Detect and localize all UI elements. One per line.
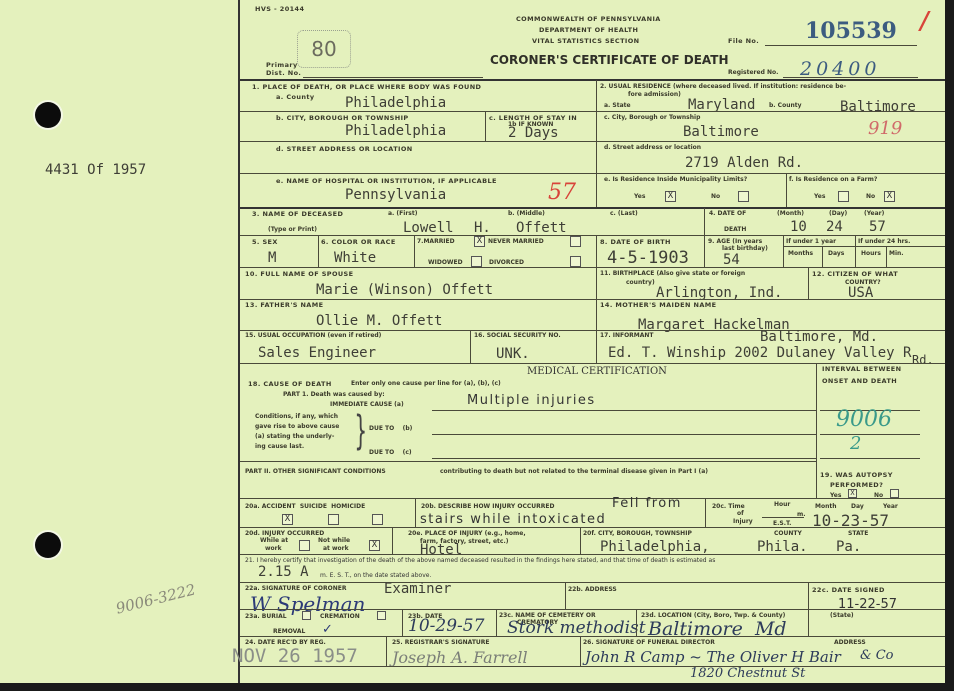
age-value: 54 [723, 252, 740, 268]
conditions-line-2: gave rise to above cause [255, 423, 339, 430]
frame-right [945, 0, 954, 683]
while-at-work-checkbox[interactable] [299, 540, 310, 551]
dob-label: 8. DATE OF BIRTH [600, 238, 671, 246]
injury-city-label: 20f. CITY, BOROUGH, TOWNSHIP [583, 530, 692, 537]
inside-limits-no-checkbox[interactable] [738, 191, 749, 202]
ssn-label: 16. SOCIAL SECURITY NO. [474, 332, 561, 339]
sex-value: M [268, 250, 276, 266]
burial-label: 23a. BURIAL [245, 613, 287, 620]
registrar-signature: Joseph A. Farrell [392, 648, 528, 667]
race-label: 6. COLOR OR RACE [321, 238, 396, 246]
removal-label: REMOVAL [273, 628, 305, 635]
last-name-label: c. (Last) [610, 210, 638, 217]
disposition-date: 10-29-57 [408, 616, 484, 636]
time-of-injury-label-2: of [737, 510, 744, 517]
not-while-at-work-label-2: at work [323, 545, 349, 552]
injury-state-label: STATE [848, 530, 868, 537]
registered-no-value: 20400 [800, 58, 880, 80]
autopsy-label-2: PERFORMED? [830, 481, 883, 489]
death-month-label: (Month) [777, 210, 804, 217]
deceased-first-name: Lowell [403, 220, 454, 236]
residence-street: 2719 Alden Rd. [685, 155, 803, 171]
part2-instruction: contributing to death but not related to… [440, 468, 708, 475]
birthplace-label: 11. BIRTHPLACE (Also give state or forei… [600, 270, 745, 277]
registered-no-label: Registered No. [728, 69, 778, 76]
cause-label: 18. CAUSE OF DEATH [248, 380, 332, 388]
spouse-label: 10. FULL NAME OF SPOUSE [245, 270, 353, 278]
punch-hole-bottom [35, 532, 61, 558]
deceased-middle-name: H. [474, 220, 491, 236]
while-at-work-label: While at [260, 537, 288, 544]
race-value: White [334, 250, 376, 266]
suicide-checkbox[interactable] [328, 514, 339, 525]
conditions-line-1: Conditions, if any, which [255, 413, 338, 420]
funeral-director-signature: John R Camp ~ The Oliver H Bair [585, 648, 841, 666]
interval-label: INTERVAL BETWEEN [822, 365, 901, 373]
residence-state-label: a. State [604, 102, 631, 109]
conditions-line-3: (a) stating the underly- [255, 433, 334, 440]
citizen-label: 12. CITIZEN OF WHAT [812, 270, 898, 278]
middle-name-label: b. (Middle) [508, 210, 545, 217]
informant-label: 17. INFORMANT [600, 332, 654, 339]
type-or-print-label: (Type or Print) [268, 226, 317, 233]
certification-statement: 21. I hereby certify that investigation … [245, 557, 715, 564]
interval-code-2: 2 [850, 433, 861, 454]
m-label: m. [797, 511, 806, 518]
header-line-3: VITAL STATISTICS SECTION [532, 37, 639, 45]
how-injury-line-2: stairs while intoxicated [420, 512, 606, 527]
occupation-label: 15. USUAL OCCUPATION (even if retired) [245, 332, 381, 339]
place-of-death-label: 1. PLACE OF DEATH, OR PLACE WHERE BODY W… [252, 83, 481, 91]
case-reference: 4431 Of 1957 [45, 162, 146, 178]
never-married-label: NEVER MARRIED [488, 238, 544, 245]
on-farm-no-checkbox[interactable]: X [884, 191, 895, 202]
primary-dist-label-2: Dist. No. [266, 69, 301, 77]
residence-county-label: b. County [769, 102, 802, 109]
death-day: 24 [826, 219, 843, 235]
hospital: Pennsylvania [345, 187, 446, 203]
removal-check[interactable]: ✓ [322, 622, 333, 637]
time-of-injury-label-3: Injury [733, 518, 753, 525]
injury-county-label: COUNTY [774, 530, 802, 537]
married-label: 7.MARRIED [417, 238, 455, 245]
due-to-b-label: DUE TO (b) [369, 425, 412, 432]
first-name-label: a. (First) [388, 210, 417, 217]
injury-year-label: Year [883, 503, 898, 510]
part1-label: PART 1. Death was caused by: [283, 391, 385, 398]
primary-dist-stamp: 80 [297, 30, 351, 68]
death-county-label: a. County [276, 93, 315, 101]
scan-edge [0, 683, 954, 691]
time-of-injury-label: 20c. Time [712, 503, 745, 510]
deceased-last-name: Offett [516, 220, 567, 236]
informant-line-2: Ed. T. Winship 2002 Dulaney Valley R [608, 345, 911, 361]
cause-instruction: Enter only one cause per line for (a), (… [351, 380, 501, 387]
age-label: 9. AGE (In years [708, 238, 762, 245]
hour-label: Hour [774, 501, 790, 508]
accident-checkbox[interactable]: X [282, 514, 293, 525]
primary-dist-label: Primary [266, 61, 298, 69]
time-of-death-suffix: m. E. S. T., on the date stated above. [320, 572, 431, 579]
location-state-label: (State) [830, 612, 854, 619]
father-label: 13. FATHER'S NAME [245, 301, 323, 309]
not-while-at-work-checkbox[interactable]: X [369, 540, 380, 551]
dob-value: 4-5-1903 [607, 248, 689, 268]
never-married-checkbox[interactable] [570, 236, 581, 247]
date-of-death-label: 4. DATE OF [709, 210, 746, 217]
divorced-label: DIVORCED [489, 259, 524, 266]
on-farm-yes-checkbox[interactable] [838, 191, 849, 202]
frame-left [238, 0, 240, 683]
date-of-death-label-2: DEATH [724, 226, 746, 233]
ssn-value: UNK. [496, 346, 530, 362]
married-checkbox[interactable]: X [474, 236, 485, 247]
due-to-c-label: DUE TO (c) [369, 449, 412, 456]
manner-label: 20a. ACCIDENT SUICIDE HOMICIDE [245, 503, 365, 510]
coroner-title: Examiner [384, 581, 451, 597]
date-received-stamp: NOV 26 1957 [232, 645, 358, 667]
time-of-death-value: 2.15 A [258, 564, 309, 580]
injury-county: Phila. [757, 539, 808, 555]
death-month: 10 [790, 219, 807, 235]
widowed-checkbox[interactable] [471, 256, 482, 267]
place-of-injury: Hotel [420, 542, 462, 558]
residence-city-label: c. City, Borough or Township [604, 114, 700, 121]
age-label-2: last birthday) [722, 245, 768, 252]
min-label: Min. [889, 250, 904, 257]
death-city: Philadelphia [345, 123, 446, 139]
residence-city-code: 919 [868, 118, 902, 139]
immediate-cause: Multiple injuries [467, 393, 596, 408]
months-label: Months [788, 250, 813, 257]
medical-heading: MEDICAL CERTIFICATION [527, 366, 667, 377]
part2-label: PART II. OTHER SIGNIFICANT CONDITIONS [245, 468, 386, 475]
conditions-line-4: ing cause last. [255, 443, 304, 450]
death-year: 57 [869, 219, 886, 235]
burial-checkbox[interactable] [302, 611, 311, 620]
injury-month-label: Month [815, 503, 837, 510]
address-label: 22b. ADDRESS [568, 586, 617, 593]
header-line-1: COMMONWEALTH OF PENNSYLVANIA [516, 15, 661, 23]
injury-city: Philadelphia, [600, 539, 710, 555]
informant-line-1: Baltimore, Md. [760, 329, 878, 345]
how-injury-label: 20b. DESCRIBE HOW INJURY OCCURRED [421, 503, 554, 510]
corner-mark: / [920, 6, 929, 35]
mother-label: 14. MOTHER'S MAIDEN NAME [600, 301, 716, 309]
est-label: E.S.T. [773, 520, 791, 527]
cremation-checkbox[interactable] [377, 611, 386, 620]
widowed-label: WIDOWED [428, 259, 463, 266]
coroner-signature-label: 22a. SIGNATURE OF CORONER [245, 585, 346, 592]
death-day-label: (Day) [829, 210, 847, 217]
how-injury-line-1: Fell from [612, 496, 682, 511]
funeral-director-label: 26. SIGNATURE OF FUNERAL DIRECTOR [583, 639, 715, 646]
days-label: Days [828, 250, 844, 257]
date-signed-label: 22c. DATE SIGNED [812, 586, 885, 594]
death-street-label: d. STREET ADDRESS OR LOCATION [276, 145, 413, 153]
homicide-checkbox[interactable] [372, 514, 383, 525]
informant-line-3: Rd. [912, 353, 934, 367]
file-no-value: 105539 [805, 18, 897, 44]
place-of-injury-label: 20e. PLACE OF INJURY (e.g., home, [408, 530, 526, 537]
document-title: CORONER'S CERTIFICATE OF DEATH [490, 53, 728, 67]
injury-occurred-label: 20d. INJURY OCCURRED [245, 530, 324, 537]
autopsy-yes-checkbox[interactable]: X [848, 489, 857, 498]
autopsy-no-checkbox[interactable] [890, 489, 899, 498]
death-year-label: (Year) [864, 210, 884, 217]
under-day-label: If under 24 hrs. [858, 238, 910, 245]
while-at-work-label-2: work [265, 545, 282, 552]
immediate-cause-label: IMMEDIATE CAUSE (a) [330, 401, 404, 408]
length-of-stay: 2 Days [508, 125, 559, 141]
hours-label: Hours [861, 250, 881, 257]
residence-county: Baltimore [840, 99, 916, 115]
funeral-address-label: ADDRESS [834, 639, 866, 646]
cremation-label: CREMATION [320, 613, 360, 620]
cemetery-value: Stork methodist [507, 618, 646, 638]
deceased-name-label: 3. NAME OF DECEASED [252, 210, 343, 218]
residence-label: 2. USUAL RESIDENCE (where deceased lived… [600, 83, 846, 90]
interval-code-1: 9006 [836, 407, 892, 432]
inside-limits-label: e. Is Residence Inside Municipality Limi… [604, 176, 747, 183]
autopsy-label: 19. WAS AUTOPSY [820, 471, 893, 479]
father-value: Ollie M. Offett [316, 313, 442, 329]
injury-day-label: Day [851, 503, 864, 510]
injury-state: Pa. [836, 539, 861, 555]
death-county: Philadelphia [345, 95, 446, 111]
funeral-co: & Co [860, 648, 893, 663]
spouse-value: Marie (Winson) Offett [316, 282, 493, 298]
death-city-label: b. CITY, BOROUGH OR TOWNSHIP [276, 114, 409, 122]
file-no-label: File No. [728, 37, 759, 45]
hospital-code: 57 [548, 180, 576, 205]
divorced-checkbox[interactable] [570, 256, 581, 267]
inside-limits-yes-label: Yes [634, 193, 645, 200]
residence-street-label: d. Street address or location [604, 144, 701, 151]
not-while-at-work-label: Not while [318, 537, 350, 544]
punch-hole-top [35, 102, 61, 128]
conditions-brace: } [354, 408, 367, 454]
registrar-label: 25. REGISTRAR'S SIGNATURE [392, 639, 490, 646]
inside-limits-no-label: No [711, 193, 720, 200]
form-number: HVS - 20144 [255, 5, 304, 13]
on-farm-label: f. Is Residence on a Farm? [789, 176, 877, 183]
interval-label-2: ONSET AND DEATH [822, 377, 897, 385]
birthplace-label-2: country) [626, 279, 655, 286]
on-farm-no-label: No [866, 193, 875, 200]
occupation-value: Sales Engineer [258, 345, 376, 361]
funeral-address: 1820 Chestnut St [690, 666, 805, 681]
inside-limits-yes-checkbox[interactable]: X [665, 191, 676, 202]
hospital-label: e. NAME OF HOSPITAL OR INSTITUTION, IF A… [276, 177, 497, 185]
header-line-2: DEPARTMENT OF HEALTH [539, 26, 638, 34]
residence-label-2: fore admission) [628, 91, 681, 98]
under-year-label: If under 1 year [786, 238, 836, 245]
on-farm-yes-label: Yes [814, 193, 825, 200]
residence-city: Baltimore [683, 124, 759, 140]
sex-label: 5. SEX [252, 238, 278, 246]
